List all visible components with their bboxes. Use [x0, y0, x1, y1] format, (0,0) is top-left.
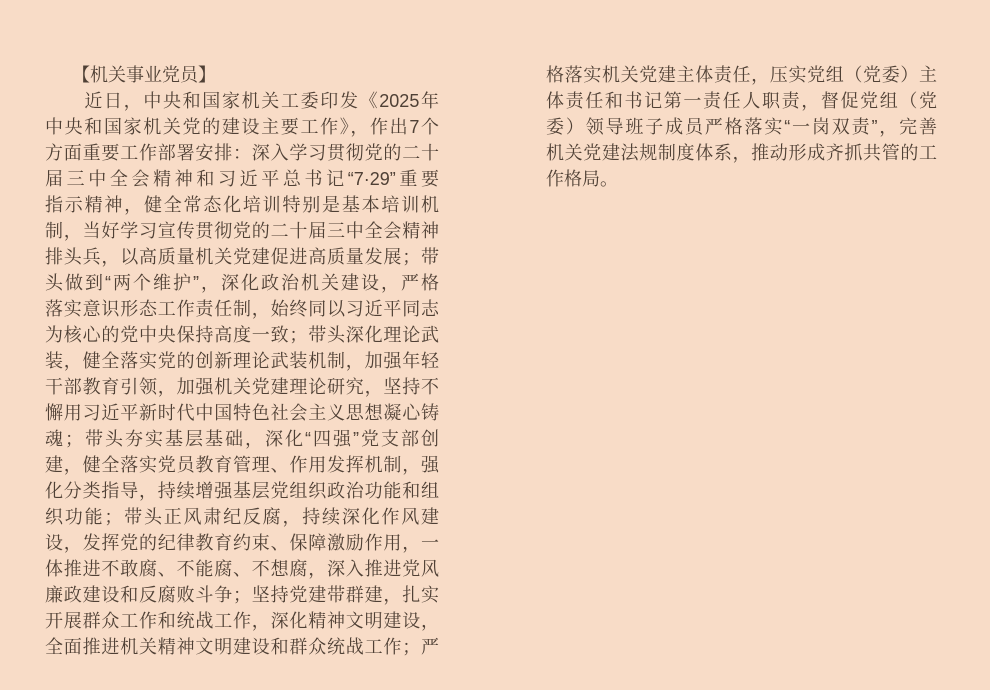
right-column-text: 格落实机关党建主体责任，压实党组（党委）主体责任和书记第一责任人职责，督促党组（… [546, 62, 937, 192]
text-line: 建，健全落实党员教育管理、作用发挥机制，强 [45, 452, 439, 478]
text-line: 届三中全会精神和习近平总书记“7·29”重要 [45, 166, 439, 192]
left-column-text: 近日，中央和国家机关工委印发《2025年中央和国家机关党的建设主要工作》，作出7… [45, 88, 439, 660]
text-line: 设，发挥党的纪律教育约束、保障激励作用，一 [45, 530, 439, 556]
text-line: 廉政建设和反腐败斗争；坚持党建带群建，扎实 [45, 582, 439, 608]
text-line: 制，当好学习宣传贯彻党的二十届三中全会精神 [45, 218, 439, 244]
text-line: 机关党建法规制度体系，推动形成齐抓共管的工 [546, 140, 937, 166]
text-line: 委）领导班子成员严格落实“一岗双责”，完善 [546, 114, 937, 140]
text-line: 为核心的党中央保持高度一致；带头深化理论武 [45, 322, 439, 348]
section-heading: 【机关事业党员】 [45, 62, 439, 88]
text-line: 落实意识形态工作责任制，始终同以习近平同志 [45, 296, 439, 322]
text-line: 干部教育引领，加强机关党建理论研究，坚持不 [45, 374, 439, 400]
newspaper-page: 【机关事业党员】 近日，中央和国家机关工委印发《2025年中央和国家机关党的建设… [0, 0, 990, 690]
right-column: 格落实机关党建主体责任，压实党组（党委）主体责任和书记第一责任人职责，督促党组（… [546, 62, 937, 192]
text-line: 懈用习近平新时代中国特色社会主义思想凝心铸 [45, 400, 439, 426]
text-line: 装，健全落实党的创新理论武装机制，加强年轻 [45, 348, 439, 374]
text-line: 排头兵，以高质量机关党建促进高质量发展；带 [45, 244, 439, 270]
text-line: 近日，中央和国家机关工委印发《2025年 [45, 88, 439, 114]
text-line: 化分类指导，持续增强基层党组织政治功能和组 [45, 478, 439, 504]
text-line: 全面推进机关精神文明建设和群众统战工作；严 [45, 634, 439, 660]
left-column: 【机关事业党员】 近日，中央和国家机关工委印发《2025年中央和国家机关党的建设… [45, 62, 439, 660]
text-line: 体责任和书记第一责任人职责，督促党组（党 [546, 88, 937, 114]
text-line: 方面重要工作部署安排：深入学习贯彻党的二十 [45, 140, 439, 166]
text-line: 织功能；带头正风肃纪反腐，持续深化作风建 [45, 504, 439, 530]
text-line: 体推进不敢腐、不能腐、不想腐，深入推进党风 [45, 556, 439, 582]
text-line: 格落实机关党建主体责任，压实党组（党委）主 [546, 62, 937, 88]
text-line: 指示精神，健全常态化培训特别是基本培训机 [45, 192, 439, 218]
text-line: 中央和国家机关党的建设主要工作》，作出7个 [45, 114, 439, 140]
text-line: 作格局。 [546, 166, 937, 192]
text-line: 头做到“两个维护”，深化政治机关建设，严格 [45, 270, 439, 296]
text-line: 开展群众工作和统战工作，深化精神文明建设， [45, 608, 439, 634]
text-line: 魂；带头夯实基层基础，深化“四强”党支部创 [45, 426, 439, 452]
